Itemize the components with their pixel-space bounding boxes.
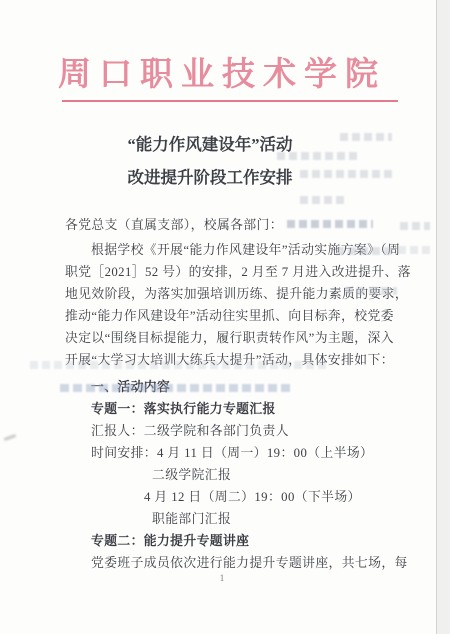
scan-smudge-artifact: [4, 434, 16, 441]
bleedthrough-artifact: [400, 222, 430, 230]
bleedthrough-artifact: [277, 152, 359, 160]
bleedthrough-artifact: [300, 170, 393, 178]
masthead-divider-line: [62, 100, 398, 102]
paragraph-line: 职党［2021］52 号）的安排，2 月至 7 月进入改进提升、落: [65, 261, 405, 283]
bleedthrough-artifact: [287, 220, 373, 228]
bleedthrough-artifact: [30, 361, 330, 369]
schedule-detail-line: 二级学院汇报: [65, 464, 405, 486]
school-name-masthead: 周口职业技术学院: [0, 48, 444, 95]
topic-1-heading: 专题一：落实执行能力专题汇报: [65, 398, 405, 420]
page-number: 1: [0, 573, 444, 583]
schedule-line: 时间安排：4 月 11 日（周一）19：00（上半场）: [65, 442, 405, 464]
bleedthrough-artifact: [300, 196, 345, 204]
reporter-line: 汇报人：二级学院和各部门负责人: [65, 420, 405, 442]
schedule-line: 4 月 12 日（周二）19：00（下半场）: [65, 486, 405, 508]
scanned-document-page: 周口职业技术学院 “能力作风建设年”活动 改进提升阶段工作安排 各党总支（直属支…: [0, 0, 450, 634]
bleedthrough-artifact: [60, 384, 290, 392]
bleedthrough-artifact: [340, 133, 392, 141]
paragraph-line: 推动“能力作风建设年”活动往实里抓、向目标奔，校党委: [65, 305, 405, 327]
bleedthrough-artifact: [345, 287, 397, 295]
bleedthrough-artifact: [398, 246, 430, 254]
bleedthrough-artifact: [336, 247, 396, 255]
topic-2-heading: 专题二：能力提升专题讲座: [65, 530, 405, 552]
paragraph-line: 党委班子成员依次进行能力提升专题讲座，共七场，每: [65, 552, 405, 574]
document-body: 各党总支（直属支部），校属各部门： 根据学校《开展“能力作风建设年”活动实施方案…: [65, 214, 405, 574]
scan-edge-strip: [436, 0, 450, 634]
schedule-detail-line: 职能部门汇报: [65, 508, 405, 530]
paragraph-line: 决定以“围绕目标提能力，履行职责转作风”为主题，深入: [65, 327, 405, 349]
